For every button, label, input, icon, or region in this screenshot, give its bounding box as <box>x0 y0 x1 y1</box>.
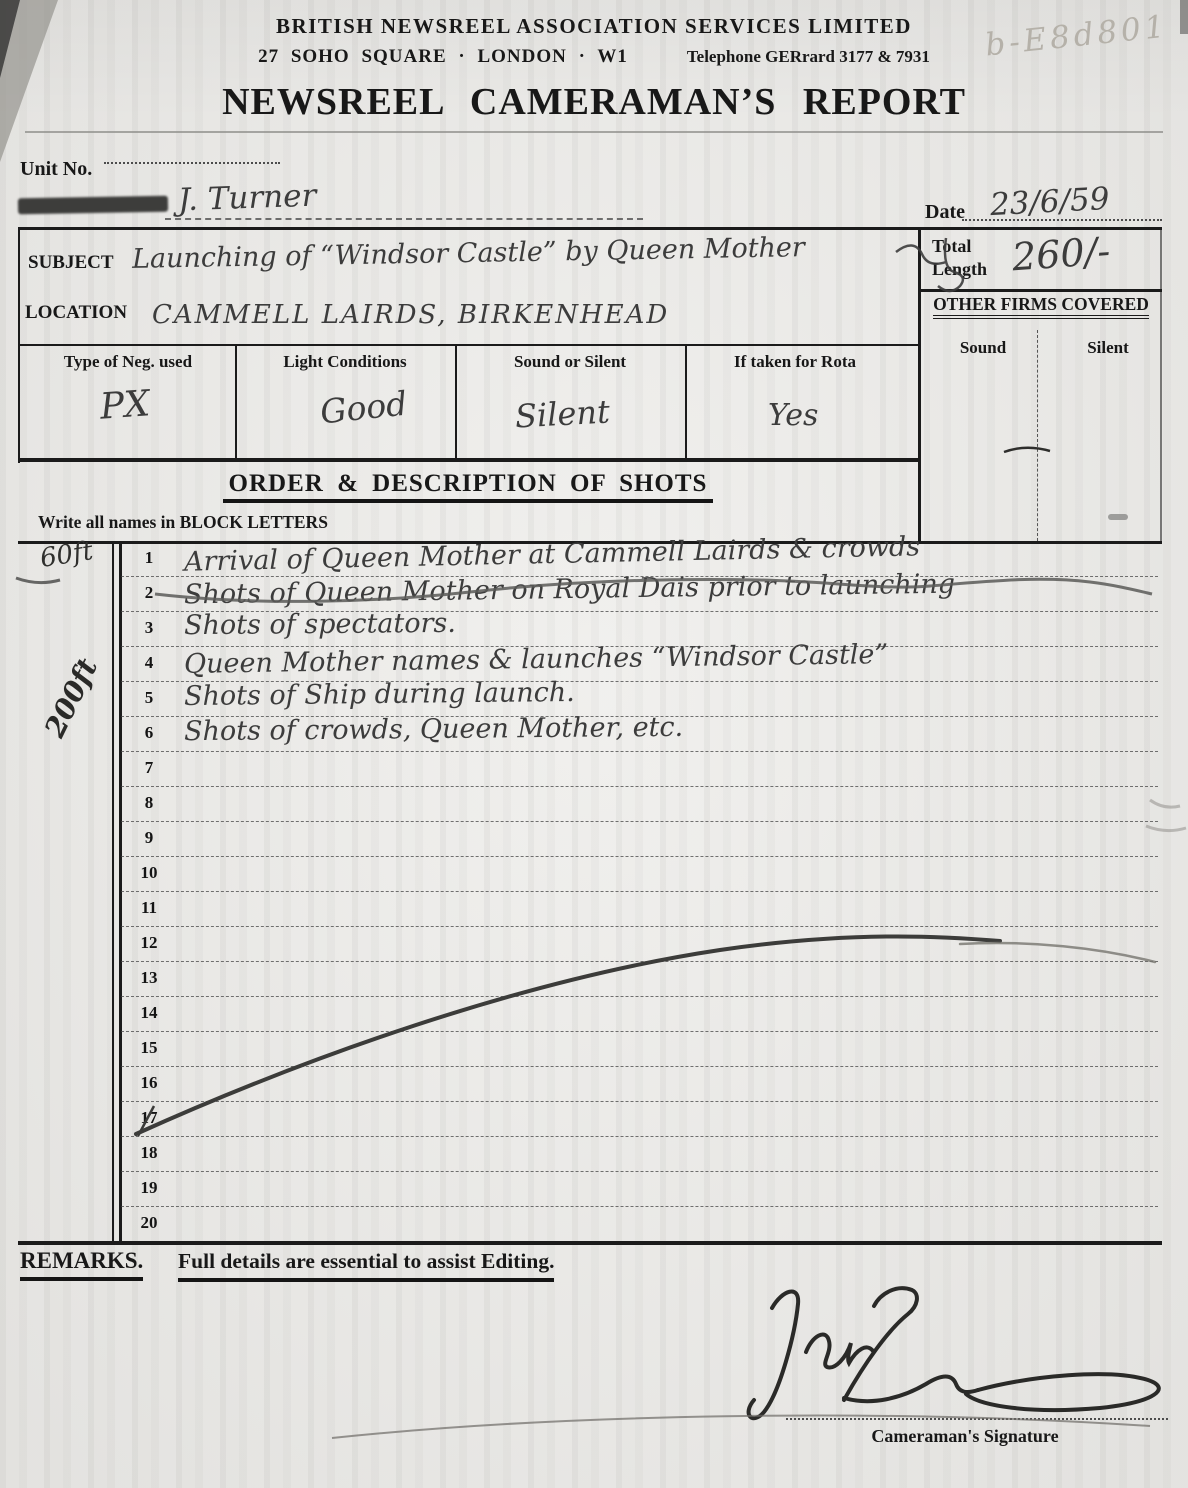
shot-row-rule <box>121 961 1158 962</box>
shot-row-rule <box>121 751 1158 752</box>
shot-row-number: 18 <box>126 1143 172 1163</box>
shot-row-rule <box>121 856 1158 857</box>
subject-handwritten: Launching of “Windsor Castle” by Queen M… <box>132 232 805 275</box>
date-label: Date <box>925 201 965 224</box>
total-label-1: Total <box>932 236 971 257</box>
shot-row-rule <box>121 1206 1158 1207</box>
block-letters-note: Write all names in BLOCK LETTERS <box>38 512 328 533</box>
shot-row-rule <box>121 926 1158 927</box>
rows-bottom-line <box>18 1241 1162 1245</box>
table-top-line <box>18 344 918 346</box>
title-rule <box>25 131 1163 133</box>
shot-row-number: 19 <box>126 1178 172 1198</box>
shot-row-number: 16 <box>126 1073 172 1093</box>
shot-entry-handwritten: Shots of spectators. <box>184 608 456 641</box>
shot-row-number: 7 <box>126 758 172 778</box>
shot-row-number: 8 <box>126 793 172 813</box>
shot-row-rule <box>121 1066 1158 1067</box>
margin-wavy-stroke <box>16 578 60 583</box>
other-firms-top-line <box>918 289 1162 292</box>
shot-row-rule <box>121 1031 1158 1032</box>
unit-no-label: Unit No. <box>20 158 92 181</box>
other-firms-header-wrap: OTHER FIRMS COVERED <box>920 294 1162 315</box>
other-firms-silent-col: Silent <box>1058 338 1158 358</box>
remarks-text: Full details are essential to assist Edi… <box>178 1249 554 1282</box>
other-firms-header: OTHER FIRMS COVERED <box>933 294 1149 319</box>
shot-row-number: 11 <box>126 898 172 918</box>
cameraman-label-obscured <box>18 196 168 215</box>
table-divider-3 <box>685 344 687 461</box>
shot-row-rule <box>121 1171 1158 1172</box>
signature-label: Cameraman's Signature <box>770 1426 1160 1447</box>
report-end-curve-faint <box>960 943 1155 962</box>
col-header-sound-silent: Sound or Silent <box>470 352 670 372</box>
newsreel-cameraman-report-form: BRITISH NEWSREEL ASSOCIATION SERVICES LI… <box>0 0 1188 1488</box>
shot-row-rule <box>121 1101 1158 1102</box>
location-handwritten: CAMMELL LAIRDS, BIRKENHEAD <box>152 300 669 330</box>
shot-row-number: 13 <box>126 968 172 988</box>
cameraman-name-handwritten: J. Turner <box>177 178 317 219</box>
smudge-mark <box>1108 514 1128 520</box>
signature-ink <box>749 1288 1159 1418</box>
other-firms-sound-col: Sound <box>938 338 1028 358</box>
col-header-neg-type: Type of Neg. used <box>28 352 228 372</box>
signature-line <box>786 1418 1168 1420</box>
right-box-right-border <box>1160 227 1162 541</box>
shot-row-number: 12 <box>126 933 172 953</box>
margin-note-200ft: 200ft <box>38 653 104 742</box>
shot-row-number: 5 <box>126 688 172 708</box>
shots-heading-wrap: ORDER & DESCRIPTION OF SHOTS <box>18 470 918 498</box>
shot-row-number: 15 <box>126 1038 172 1058</box>
shot-row-number: 10 <box>126 863 172 883</box>
col-header-light: Light Conditions <box>245 352 445 372</box>
total-label-2: Length <box>932 259 987 280</box>
date-handwritten: 23/6/59 <box>989 181 1110 223</box>
cameraman-blank <box>165 218 643 220</box>
shot-row-number: 6 <box>126 723 172 743</box>
subject-label: SUBJECT <box>28 252 114 274</box>
form-title: NEWSREEL CAMERAMAN’S REPORT <box>0 80 1188 124</box>
shot-row-rule <box>121 1136 1158 1137</box>
table-bottom-line <box>18 458 918 462</box>
shot-row-number: 4 <box>126 653 172 673</box>
shot-row-number: 20 <box>126 1213 172 1233</box>
divider-top <box>18 227 1162 230</box>
table-divider-2 <box>455 344 457 461</box>
neg-type-handwritten: PX <box>99 383 152 427</box>
shot-row-number: 17 <box>126 1108 172 1128</box>
right-box-left-border <box>918 227 921 541</box>
remarks-label: REMARKS. <box>20 1248 143 1281</box>
total-length-handwritten: 260/- <box>1011 229 1112 280</box>
right-edge-tear <box>1146 800 1186 831</box>
date-blank <box>962 219 1162 221</box>
location-label: LOCATION <box>25 302 127 324</box>
shot-row-rule <box>121 891 1158 892</box>
light-conditions-handwritten: Good <box>318 384 409 432</box>
shot-row-number: 3 <box>126 618 172 638</box>
shot-row-rule <box>121 786 1158 787</box>
shot-row-rule <box>121 996 1158 997</box>
shot-row-number: 1 <box>126 548 172 568</box>
shot-row-number: 2 <box>126 583 172 603</box>
report-end-curve-dark <box>136 936 1000 1134</box>
shot-row-number: 14 <box>126 1003 172 1023</box>
rows-left-thin-line <box>112 541 114 1242</box>
sound-column-tick <box>1004 448 1050 452</box>
shots-heading: ORDER & DESCRIPTION OF SHOTS <box>223 470 714 503</box>
table-divider-1 <box>235 344 237 461</box>
shot-entry-handwritten: Shots of crowds, Queen Mother, etc. <box>184 712 683 747</box>
shot-entry-handwritten: Shots of Ship during launch. <box>184 677 575 712</box>
rota-handwritten: Yes <box>768 398 818 433</box>
company-address: 27 SOHO SQUARE · LONDON · W1 <box>258 46 628 67</box>
shot-row-rule <box>121 821 1158 822</box>
other-firms-divider <box>1037 330 1038 541</box>
sound-silent-handwritten: Silent <box>514 393 611 436</box>
col-header-rota: If taken for Rota <box>695 352 895 372</box>
company-telephone: Telephone GERrard 3177 & 7931 <box>687 47 930 66</box>
unit-no-blank <box>104 162 280 164</box>
shot-row-number: 9 <box>126 828 172 848</box>
